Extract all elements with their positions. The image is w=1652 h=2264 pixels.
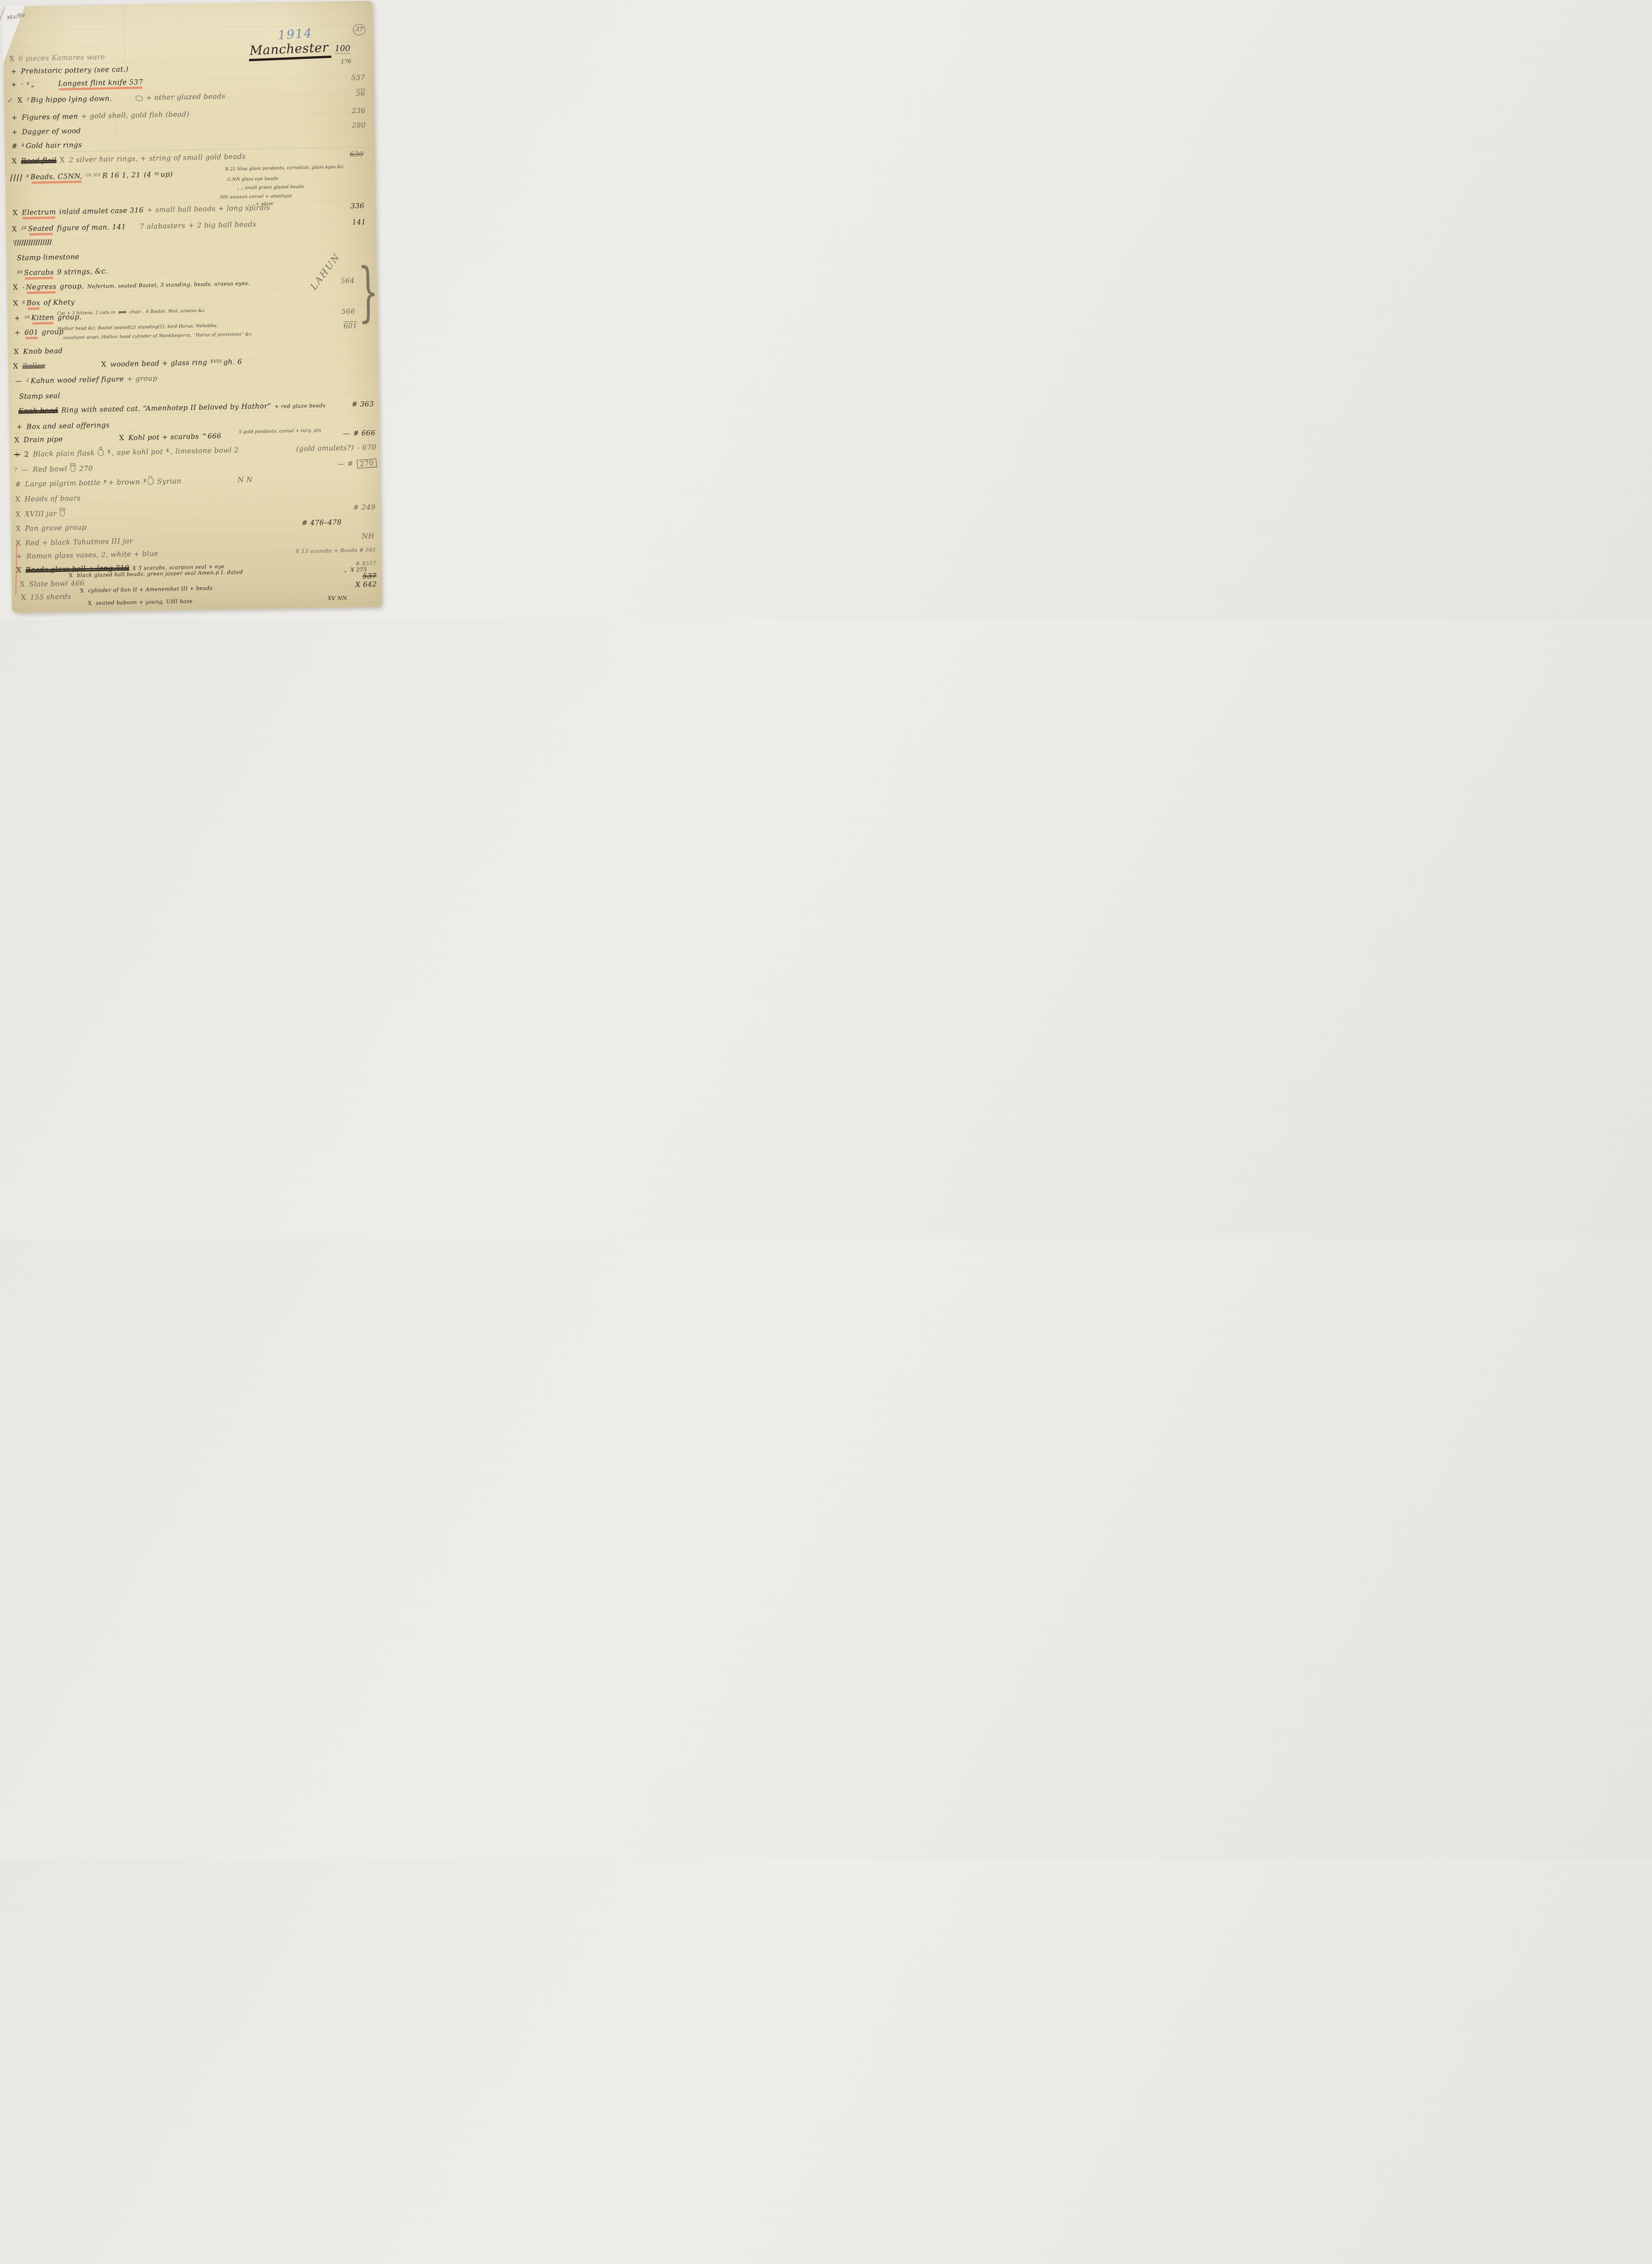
line-segment [38, 86, 55, 87]
line-segment: Gold hair rings [26, 141, 82, 150]
line-segment: X [104, 480, 107, 484]
margin-number-segment: # 666 [353, 429, 376, 437]
line-segment: Gh NN [86, 173, 101, 178]
margin-number-segment: # 476–478 [302, 518, 342, 527]
manuscript-paper: Ma/Be 1914 Manchester 100 176 37 LAHUN }… [3, 1, 382, 613]
line-segment: „ [22, 284, 24, 289]
list-marker: + [14, 315, 20, 323]
line-segment: Red bowl [33, 465, 68, 474]
margin-number: 336 [349, 202, 366, 210]
line-segment: 4 [27, 82, 30, 86]
sk-jar-icon [60, 510, 65, 517]
manuscript-line: X6 pieces Kamares ware [10, 48, 365, 63]
line-segment: th [154, 172, 159, 176]
line-segment: 20 [21, 226, 27, 230]
line-segment: figure of man. 141 [57, 223, 126, 232]
line-segment: 6 [23, 300, 25, 305]
line-segment: Kohl pot + scarabs ^666 [129, 432, 222, 442]
line-segment: XVIII [211, 359, 222, 364]
page-number-stamp: 37 [352, 24, 366, 36]
list-marker: X [20, 581, 25, 589]
manuscript-line: XRollerXwooden bead + glass ringXVIIIgh.… [14, 355, 375, 370]
line-segment: + gold shell, gold fish (bead) [82, 110, 190, 120]
line-segment: G.NN glass eye beads [227, 177, 279, 182]
manuscript-line: XRed + black Tahutmes III jarNH [16, 532, 377, 547]
line-segment: 8 [26, 174, 29, 179]
list-marker: X [21, 594, 26, 602]
line-segment: 2 silver hair rings, + string of small g… [69, 153, 246, 164]
manuscript-line: XDrain pipeXKohl pot + scarabs ^666—# 66… [14, 429, 378, 444]
margin-number-segment: 141 [352, 219, 366, 227]
line-segment: Electrum [22, 208, 56, 217]
margin-number: X 13 scarabs + Beads # 581 [294, 546, 378, 555]
manuscript-line: X„Negressgroup,Nefertum, seated Bastet, … [13, 277, 357, 293]
margin-number-segment: X 273 [351, 567, 367, 573]
manuscript-line: #Large pilgrim bottleX+ brownXSyrianN N [15, 474, 332, 489]
margin-number-segment: 280 [352, 121, 366, 130]
margin-number-segment: (gold amulets?) [296, 444, 354, 453]
sk-flask-icon [98, 450, 104, 456]
list-marker: X [16, 510, 21, 518]
list-marker: + [12, 114, 18, 122]
margin-number-segment: „ [344, 567, 347, 573]
list-marker: X [13, 299, 19, 307]
margin-number: # 476–478 [300, 518, 344, 527]
line-segment: Drain pipe [24, 436, 63, 444]
line-segment: Negress [26, 283, 57, 292]
margin-number: # 363 [350, 400, 376, 409]
line-segment: + 2 big ball beads [189, 221, 257, 230]
margin-number: 566 [340, 308, 357, 316]
line-segment: Box [27, 299, 41, 307]
margin-number-segment: 566 [341, 308, 355, 316]
line-segment: Black plain flask [33, 450, 95, 459]
margin-number-segment: 56 [356, 90, 366, 98]
line-segment: „ [31, 81, 35, 89]
manuscript-line: —2Kahun wood relief figure+ group [15, 371, 369, 386]
line-segment: Roman glass vases, 2, white + blue [27, 550, 159, 561]
manuscript-line: +Roman glass vases, 2, white + blueX 13 … [16, 546, 378, 561]
line-segment: , ape kohl pot [112, 448, 163, 457]
margin-number-segment: # 363 [352, 400, 375, 408]
line-segment: 601 [24, 329, 38, 337]
scanned-page-background: Ma/Be 1914 Manchester 100 176 37 LAHUN }… [0, 0, 413, 619]
line-segment: |||| [9, 173, 24, 182]
manuscript-line: XKnob bead [14, 341, 369, 356]
line-segment: X [107, 450, 110, 455]
line-segment: 3 [27, 97, 29, 102]
line-segment: Nefertum, seated Bastet, 3 standing, bea… [87, 280, 250, 289]
margin-number-segment: 537 [351, 74, 365, 82]
line-segment: Stamp limestone [17, 254, 79, 263]
line-segment: group. [57, 313, 82, 321]
line-segment: Roller [23, 362, 45, 370]
margin-number-segment: XV NN [327, 595, 347, 601]
line-segment: R 16 1, 21 [102, 171, 141, 180]
manuscript-line: XXVIII jar# 249 [16, 504, 378, 518]
line-segment: 16 [24, 315, 30, 320]
line-segment: Heads of boars [25, 495, 82, 504]
list-marker: + [16, 553, 23, 561]
list-marker: 2 [24, 451, 29, 459]
line-segment: Kahun wood relief figure [31, 376, 124, 385]
line-segment: inlaid amulet case 316 [59, 206, 144, 216]
margin-number: # 249 [351, 504, 378, 512]
line-segment [115, 101, 133, 101]
manuscript-line: Stamp seal [19, 386, 370, 401]
margin-number: 236 [350, 107, 368, 115]
list-marker: + [12, 129, 18, 137]
manuscript-line: +·4„Longest flint knife 537537 [11, 74, 367, 90]
manuscript-line [14, 233, 367, 248]
line-segment: group, [60, 283, 84, 291]
line-segment: Knob bead [23, 347, 63, 356]
list-marker: # [11, 143, 18, 151]
margin-number-segment: 236 [352, 107, 366, 115]
margin-number: (gold amulets?)- 670 [294, 444, 379, 453]
list-marker: X [60, 157, 65, 165]
line-segment: Scarabs [24, 269, 54, 278]
margin-number: 630 [348, 151, 365, 159]
list-marker: X [14, 348, 19, 356]
margin-number-segment: 630 [350, 151, 364, 159]
margin-number: „X 273 [342, 566, 369, 574]
line-segment: Figures of men [22, 113, 78, 122]
sk-jug-icon [148, 477, 154, 484]
margin-number: NH [360, 532, 377, 541]
line-segment: Large pilgrim bottle [25, 479, 101, 489]
manuscript-line: +Figures of men+ gold shell, gold fish (… [12, 107, 368, 122]
manuscript-line: ?—Red bowl270— #270 [14, 459, 379, 475]
line-segment: Big hippo lying down. [31, 95, 112, 105]
sk-jar-icon [71, 465, 76, 472]
line-segment: Prehistoric pottery (see cat.) [21, 66, 129, 76]
manuscript-line: XPan grave group# 476–478 [16, 518, 344, 533]
margin-number: 537 [350, 74, 367, 82]
line-segment: 270 [79, 465, 93, 473]
line-segment: Box and seal offerings [27, 422, 110, 431]
margin-number-segment: # 249 [353, 504, 376, 512]
line-segment: Ring with seated cat. “Amenhotep II belo… [62, 403, 272, 415]
list-marker: X [69, 573, 73, 579]
margin-number: XV NN [326, 594, 349, 602]
margin-number-segment: 564 [341, 277, 355, 285]
line-segment: Stamp seal [19, 392, 60, 401]
list-marker: X [13, 284, 19, 292]
margin-number-segment: X 13 scarabs + Beads # 581 [296, 547, 376, 555]
list-marker: X [10, 55, 15, 63]
margin-number: — #270 [336, 459, 379, 469]
line-segment: 4 [22, 143, 24, 148]
manuscript-line: Stamp limestone [17, 248, 367, 263]
list-marker: # [15, 480, 22, 489]
line-segment: (4 [144, 171, 151, 179]
margin-number: 56 [355, 90, 368, 98]
list-marker: X [17, 566, 22, 575]
line-segment: + group [127, 375, 158, 384]
line-segment [48, 367, 98, 368]
line-segment: 40 [17, 270, 23, 274]
line-segment: Kitten [31, 314, 54, 322]
line-segment: 9 strings, &c. [57, 268, 108, 277]
list-marker: ✓ [7, 97, 14, 105]
line-segment: Slate bowl 466 [29, 580, 85, 589]
line-segment [185, 482, 235, 483]
line-segment [67, 441, 116, 441]
list-marker: + [11, 68, 17, 76]
line-segment: „ „ small green glazed beads [237, 185, 304, 191]
line-segment: 155 sherds [30, 593, 71, 602]
line-segment: Seated [28, 225, 54, 233]
margin-number-segment: 270 [357, 459, 377, 469]
sk-bead-icon [135, 96, 143, 102]
margin-number: 280 [351, 121, 368, 130]
manuscript-line: #4Gold hair rings [11, 135, 365, 150]
line-segment: Longest flint knife 537 [58, 79, 144, 89]
line-segment: Dagger of wood [22, 127, 82, 136]
list-marker: ? [14, 466, 18, 475]
line-segment: 7 alabasters [140, 222, 186, 231]
list-marker: + [11, 81, 18, 89]
manuscript-line: +Prehistoric pottery (see cat.) [11, 61, 365, 76]
margin-number-segment: — # [338, 460, 354, 468]
line-segment: Beads, C5NN, [30, 173, 82, 182]
manuscript-line: ✓X3Big hippo lying down.+ other glazed b… [7, 90, 367, 105]
margin-number-segment: NH [362, 532, 375, 541]
list-marker: + [14, 451, 20, 459]
list-marker: — [15, 378, 22, 386]
line-segment: Knob bead [19, 407, 58, 415]
list-marker: X [16, 525, 21, 533]
line-segment: N N [238, 476, 253, 484]
manuscript-line: +Dagger of wood280 [12, 121, 368, 136]
manuscript-line: „ „ small green glazed beads [237, 181, 366, 191]
list-marker: X [88, 600, 92, 606]
manuscript-line: XHeads of boars [15, 489, 371, 504]
margin-number: —# 666 [341, 429, 378, 438]
line-segment: group [42, 328, 64, 336]
line-segment: + red glaze beads [275, 403, 326, 409]
line-segment: seated baboon + young, UHI base [96, 598, 193, 606]
line-segment: 2 [26, 378, 29, 383]
list-marker: X [14, 436, 20, 445]
margin-number-segment: - 670 [357, 444, 376, 452]
manuscript-line: X20Seatedfigure of man. 1417 alabasters+… [12, 219, 368, 234]
list-marker: X [12, 225, 18, 234]
list-marker: — [22, 466, 29, 474]
line-segment: Pan grave group [25, 524, 87, 533]
line-segment: · [21, 81, 24, 89]
list-marker: + [17, 423, 23, 432]
line-segment: 6 pieces Kamares ware [19, 53, 106, 63]
margin-number: 564 [339, 277, 357, 285]
line-segment: X [166, 449, 169, 453]
line-segment: + brown [109, 478, 141, 487]
line-segment: , limestone bowl 2 [171, 447, 239, 456]
line-segment: XVIII jar [25, 510, 57, 518]
line-segment: Syrian [158, 477, 182, 485]
manuscript-line: Knob beadRing with seated cat. “Amenhote… [19, 400, 376, 415]
manuscript-line: XElectruminlaid amulet case 316+ small b… [13, 202, 366, 217]
line-segment: of Khety [43, 298, 75, 307]
list-marker: X [16, 540, 22, 548]
line-segment: + small ball beads + long spirals [147, 204, 270, 215]
list-marker: + [14, 329, 21, 337]
list-marker: X [101, 361, 107, 369]
line-segment: wooden bead + glass ring [110, 359, 207, 369]
list-marker: X [18, 97, 23, 105]
line-segment: X [144, 479, 147, 483]
list-marker: X [15, 496, 21, 504]
line-segment: up) [160, 171, 173, 179]
line-segment: couchant uraei; Hathor head cylinder of … [63, 332, 252, 341]
margin-number-segment: 336 [351, 202, 365, 210]
manuscript-line: +2Black plain flaskX, ape kohl potX, lim… [14, 444, 378, 459]
line-segment: + other glazed beads [146, 93, 226, 102]
list-marker: X [12, 158, 17, 166]
line-segment: Red + black Tahutmes III jar [25, 537, 133, 547]
list-marker: X [120, 434, 125, 442]
scribble-icon [14, 240, 53, 246]
line-segment: gh. 6 [224, 358, 243, 366]
list-marker: X [14, 363, 19, 371]
list-marker: X [13, 209, 18, 217]
margin-number-segment: — [343, 430, 350, 438]
margin-number: 141 [351, 219, 368, 227]
line-segment: Bead flail [21, 157, 57, 165]
